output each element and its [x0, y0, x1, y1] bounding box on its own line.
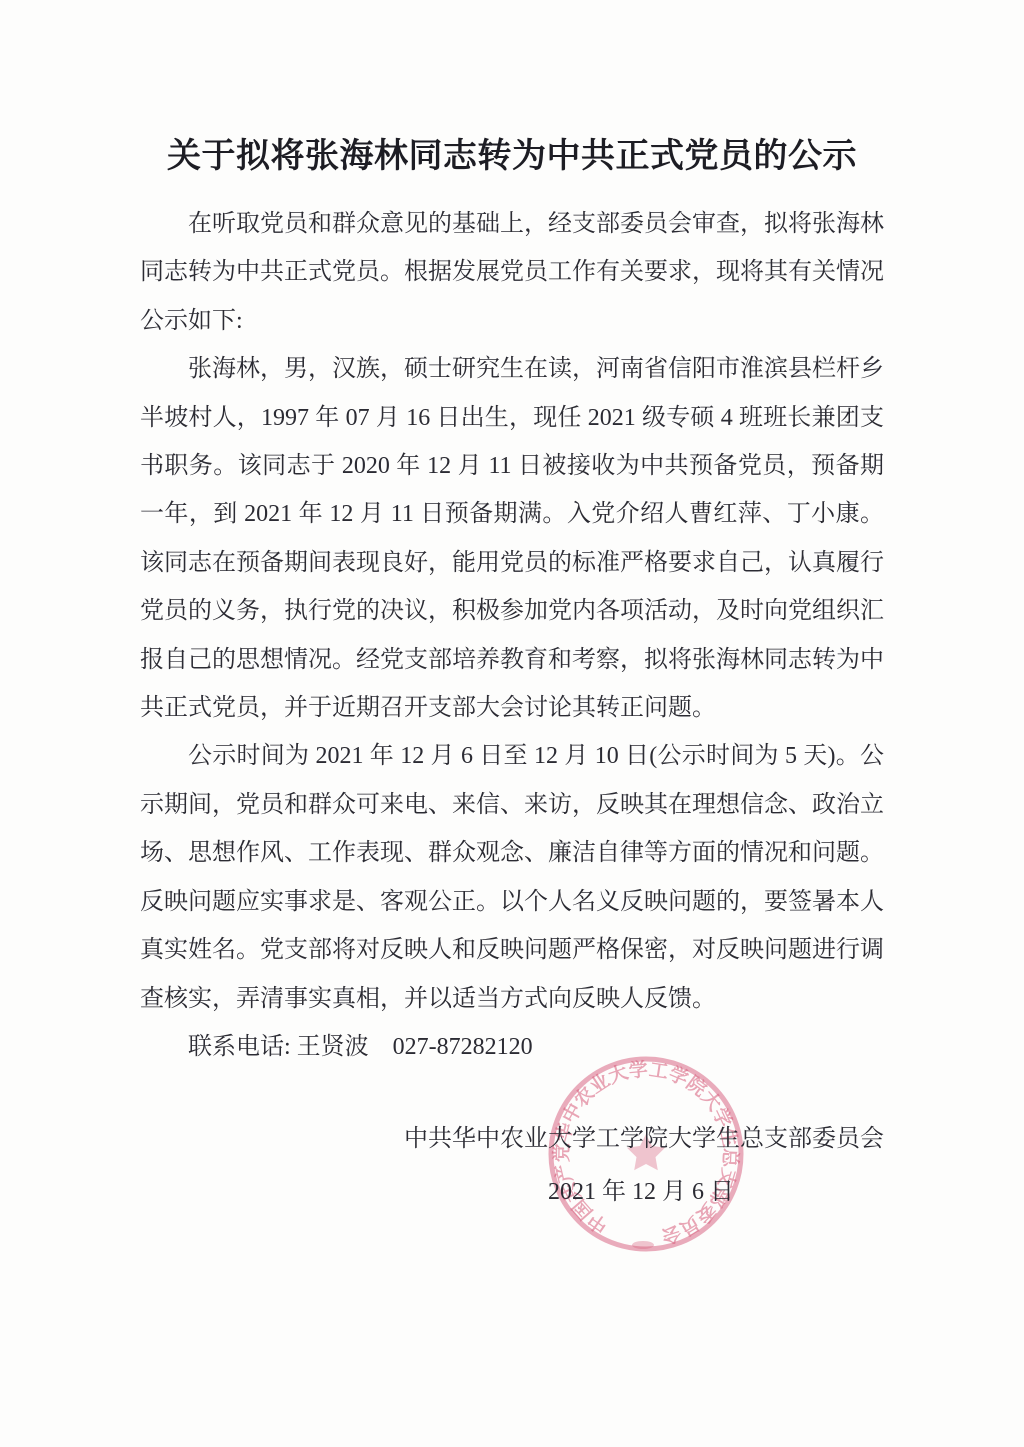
date-line: 2021 年 12 月 6 日 — [140, 1175, 884, 1209]
document-body: 在听取党员和群众意见的基础上，经支部委员会审查，拟将张海林同志转为中共正式党员。… — [140, 200, 884, 1209]
document-page: 中国共产党华中农业大学工学院大学生总支部委员会 关于拟将张海林同志转为中共正式党… — [0, 0, 1024, 1447]
signature-line: 中共华中农业大学工学院大学生总支部委员会 — [140, 1122, 884, 1156]
paragraph-member-details: 张海林，男，汉族，硕士研究生在读，河南省信阳市淮滨县栏杆乡半坡村人，1997 年… — [140, 345, 884, 732]
paragraph-intro: 在听取党员和群众意见的基础上，经支部委员会审查，拟将张海林同志转为中共正式党员。… — [140, 200, 884, 345]
paragraph-public-notice-period: 公示时间为 2021 年 12 月 6 日至 12 月 10 日(公示时间为 5… — [140, 732, 884, 1022]
contact-phone-line: 联系电话: 王贤波 027-87282120 — [140, 1023, 884, 1071]
document-title: 关于拟将张海林同志转为中共正式党员的公示 — [0, 128, 1024, 177]
seal-ink-blotch — [632, 1241, 654, 1249]
